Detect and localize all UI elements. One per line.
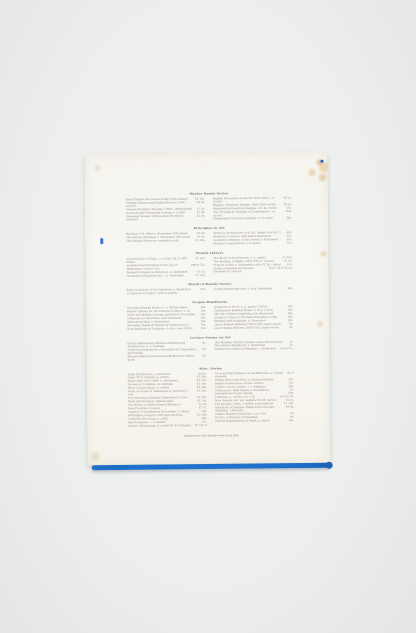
catalogue-section: Tiranti Library Architecture of China, c… (126, 251, 292, 278)
catalogue-entry: Church Headquarters in Paris, a. (each)1… (215, 419, 294, 423)
section-title: Tiranti Library (126, 251, 292, 256)
catalogue-section: Misc. Series Shell Architecture, j. more… (128, 366, 295, 428)
column-right: Sculpture in Wood, b. a. quarto, 100 ill… (214, 305, 293, 330)
section-columns: Early Sculpture of Ely Cathedral, a. ill… (127, 287, 293, 296)
catalogue-text-block: Master Handy Series Early English Decora… (126, 191, 295, 463)
section-columns: Basilica of St. Peter b. illustrated, 60… (126, 231, 292, 247)
section-columns: Early English Decorative Detail (with es… (126, 197, 292, 222)
catalogue-section: World of Beauty Series Early Sculpture o… (127, 282, 293, 296)
catalogue-entry: South German Baroque, b. & a. illustrate… (214, 287, 293, 291)
foxing-dot-right-upper (319, 250, 327, 258)
column-right: Good and Bad Manners in Architecture, a.… (215, 371, 295, 427)
section-title: World of Beauty Series (127, 282, 293, 287)
catalogue-entry: Piranesi Compositions, b. in series21s. (213, 242, 292, 246)
catalogue-entry: Gothic Cathedral and Sacred Geometry b. … (214, 266, 293, 273)
catalogue-entry: New Materials in Sculpture, b. & a. over… (127, 327, 206, 331)
blue-fleck-top-right (320, 160, 323, 163)
column-left: Early Sculpture of Ely Cathedral, a. ill… (127, 288, 206, 296)
catalogue-entry: Chippendale Furniture Designs, b. in ser… (213, 217, 292, 221)
section-title: Principles in Art (126, 226, 292, 231)
column-right: The Book on Architecture, a. b. quarto£1… (213, 256, 292, 277)
section-columns: Shell Architecture, j. moresche£3 3s.Cap… (128, 371, 295, 428)
column-left: Basilica of St. Peter b. illustrated, 60… (126, 232, 205, 247)
section-title: Scopas Handbooks (127, 300, 293, 305)
column-right: Works in Architecture of R. & J. Adam, f… (213, 231, 292, 246)
catalogue-entry: Geometry in Egyptian Art, l. a. illustra… (127, 274, 206, 278)
foxing-stain-bottom-left (89, 451, 101, 461)
book-back-cover: Master Handy Series Early English Decora… (84, 152, 330, 466)
catalogue-entry: Sculpt—Photograph, b. poster B. W. Compa… (128, 424, 207, 428)
catalogue-entry: Mixture Painting Defects and Meaning in … (127, 355, 206, 362)
column-right: The Modular Number System, some internat… (214, 340, 293, 361)
photo-background: Master Handy Series Early English Decora… (0, 0, 416, 633)
foxing-dot-right-mid (316, 320, 324, 328)
catalogue-section: Master Handy Series Early English Decora… (126, 191, 292, 222)
section-title: Misc. Series (128, 366, 294, 371)
column-right: South German Baroque, b. & a. illustrate… (214, 287, 293, 295)
catalogue-section: Principles in Art Basilica of St. Peter … (126, 226, 292, 247)
foxing-stain-top-right (301, 154, 327, 188)
catalogue-entry: Sculptures in Ceylon, cloth & boards (127, 292, 206, 296)
catalogue-section: Lecture Essays on Art On the Relationshi… (127, 335, 293, 362)
column-left: Modelled Portrait Heads, b. a. 48 b/w pl… (127, 306, 206, 331)
foxing-stain-top-left (92, 164, 102, 172)
section-columns: Architecture of China, c. a. boyd, Ed. b… (126, 256, 292, 278)
column-left: Architecture of China, c. a. boyd, Ed. b… (126, 257, 205, 278)
catalogue-entry: Laced Italian Patterns 1500-1700, paper … (214, 326, 293, 330)
column-left: Shell Architecture, j. moresche£3 3s.Cap… (128, 372, 208, 428)
blue-board-edge (92, 463, 331, 471)
catalogue-entry: Universal System of Household Furniture,… (126, 215, 205, 222)
section-title: Master Handy Series (126, 191, 292, 196)
section-columns: On the Relationship Between Painting and… (127, 340, 293, 362)
section-title: Lecture Essays on Art (127, 335, 293, 340)
catalogue-entry: The Vatican (Frescoes complete work)£1 1… (126, 239, 205, 243)
footer-note: Chapters in Art Series—see back flap (128, 433, 294, 438)
column-right: English Decorative Ironwork 1610-1836 c.… (213, 197, 292, 221)
catalogue-section: Scopas Handbooks Modelled Portrait Heads… (127, 300, 293, 331)
blue-fleck-left-edge (100, 238, 103, 244)
column-left: On the Relationship Between Painting and… (127, 341, 206, 362)
catalogue-entry: Surface Decoration in Building, c. illus… (214, 347, 293, 351)
section-columns: Modelled Portrait Heads, b. a. 48 b/w pl… (127, 305, 293, 331)
dust-jacket-back-page: Master Handy Series Early English Decora… (84, 152, 330, 466)
column-left: Early English Decorative Detail (with es… (126, 198, 205, 222)
blue-board-corner (326, 462, 333, 469)
